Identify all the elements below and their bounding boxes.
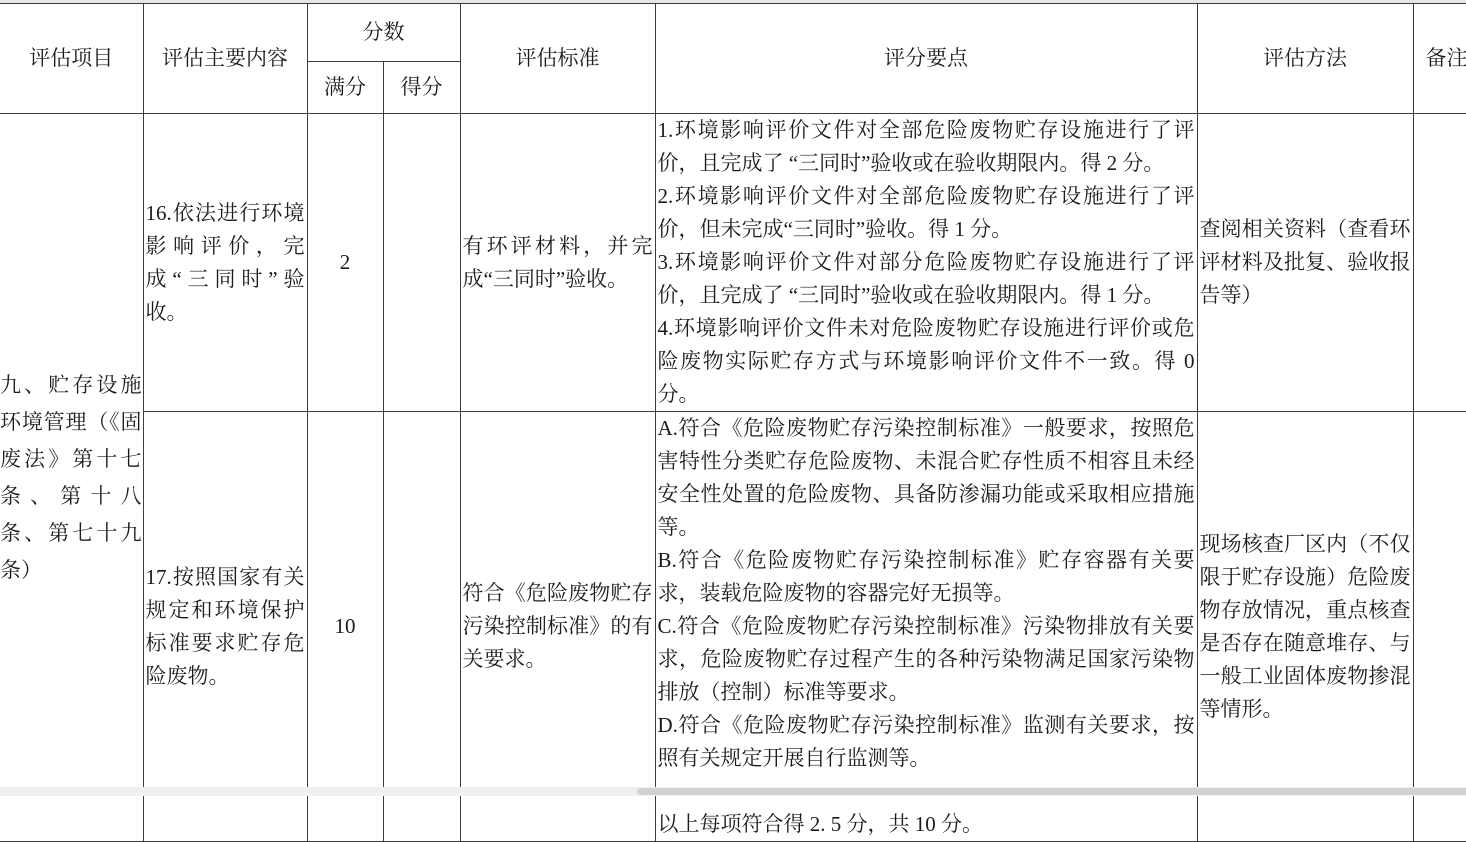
cell-points-16: 1.环境影响评价文件对全部危险废物贮存设施进行了评价，且完成了 “三同时”验收或…	[655, 114, 1197, 412]
cell-full-score-16: 2	[307, 114, 383, 412]
cell-method-16: 查阅相关资料（查看环评材料及批复、验收报告等）	[1197, 114, 1413, 412]
cell-got-score-17	[383, 412, 460, 797]
cell-note-17	[1413, 412, 1466, 797]
cell-points-17: A.符合《危险废物贮存污染控制标准》一般要求，按照危害特性分类贮存危险废物、未混…	[655, 412, 1197, 797]
cell-got-score-16	[383, 114, 460, 412]
cell-note-16	[1413, 114, 1466, 412]
table-row-16: 九、贮存设施环境管理（《固废法》第十七条、第十八条、第七十九条） 16.依法进行…	[0, 114, 1466, 412]
cell-project: 九、贮存设施环境管理（《固废法》第十七条、第十八条、第七十九条）	[0, 114, 143, 797]
horizontal-scrollbar-track[interactable]	[0, 787, 1466, 796]
points-16-item-3: 3.环境影响评价文件对部分危险废物贮存设施进行了评价，且完成了 “三同时”验收或…	[658, 246, 1195, 312]
header-project: 评估项目	[0, 4, 143, 114]
header-method: 评估方法	[1197, 4, 1413, 114]
header-row-1: 评估项目 评估主要内容 分数 评估标准 评分要点 评估方法 备注	[0, 4, 1466, 62]
header-standard: 评估标准	[460, 4, 655, 114]
horizontal-scrollbar-thumb[interactable]	[637, 788, 1466, 795]
header-score-got: 得分	[383, 62, 460, 114]
cell-content-16: 16.依法进行环境影响评价，完成“三同时”验收。	[143, 114, 307, 412]
cell-full-score-17: 10	[307, 412, 383, 797]
cell-standard-17: 符合《危险废物贮存污染控制标准》的有关要求。	[460, 412, 655, 797]
evaluation-table: 评估项目 评估主要内容 分数 评估标准 评分要点 评估方法 备注 满分 得分 九…	[0, 3, 1466, 796]
document-page: 评估项目 评估主要内容 分数 评估标准 评分要点 评估方法 备注 满分 得分 九…	[0, 3, 1466, 796]
header-content: 评估主要内容	[143, 4, 307, 114]
cell-content-17: 17.按照国家有关规定和环境保护标准要求贮存危险废物。	[143, 412, 307, 797]
header-note: 备注	[1413, 4, 1466, 114]
header-score-full: 满分	[307, 62, 383, 114]
header-score-group: 分数	[307, 4, 460, 62]
points-16-item-1: 1.环境影响评价文件对全部危险废物贮存设施进行了评价，且完成了 “三同时”验收或…	[658, 114, 1195, 180]
cell-standard-16: 有环评材料，并完成“三同时”验收。	[460, 114, 655, 412]
points-16-item-2: 2.环境影响评价文件对全部危险废物贮存设施进行了评价，但未完成“三同时”验收。得…	[658, 180, 1195, 246]
points-17-item-b: B.符合《危险废物贮存污染控制标准》贮存容器有关要求，装载危险废物的容器完好无损…	[658, 544, 1195, 610]
points-17-item-c: C.符合《危险废物贮存污染控制标准》污染物排放有关要求，危险废物贮存过程产生的各…	[658, 610, 1195, 709]
points-17-item-d: D.符合《危险废物贮存污染控制标准》监测有关要求，按照有关规定开展自行监测等。	[658, 709, 1195, 775]
header-points: 评分要点	[655, 4, 1197, 114]
cell-method-17: 现场核查厂区内（不仅限于贮存设施）危险废物存放情况，重点核查是否存在随意堆存、与…	[1197, 412, 1413, 797]
table-row-17: 17.按照国家有关规定和环境保护标准要求贮存危险废物。 10 符合《危险废物贮存…	[0, 412, 1466, 797]
points-16-item-4: 4.环境影响评价文件未对危险废物贮存设施进行评价或危险废物实际贮存方式与环境影响…	[658, 312, 1195, 411]
points-17-item-a: A.符合《危险废物贮存污染控制标准》一般要求，按照危害特性分类贮存危险废物、未混…	[658, 412, 1195, 544]
